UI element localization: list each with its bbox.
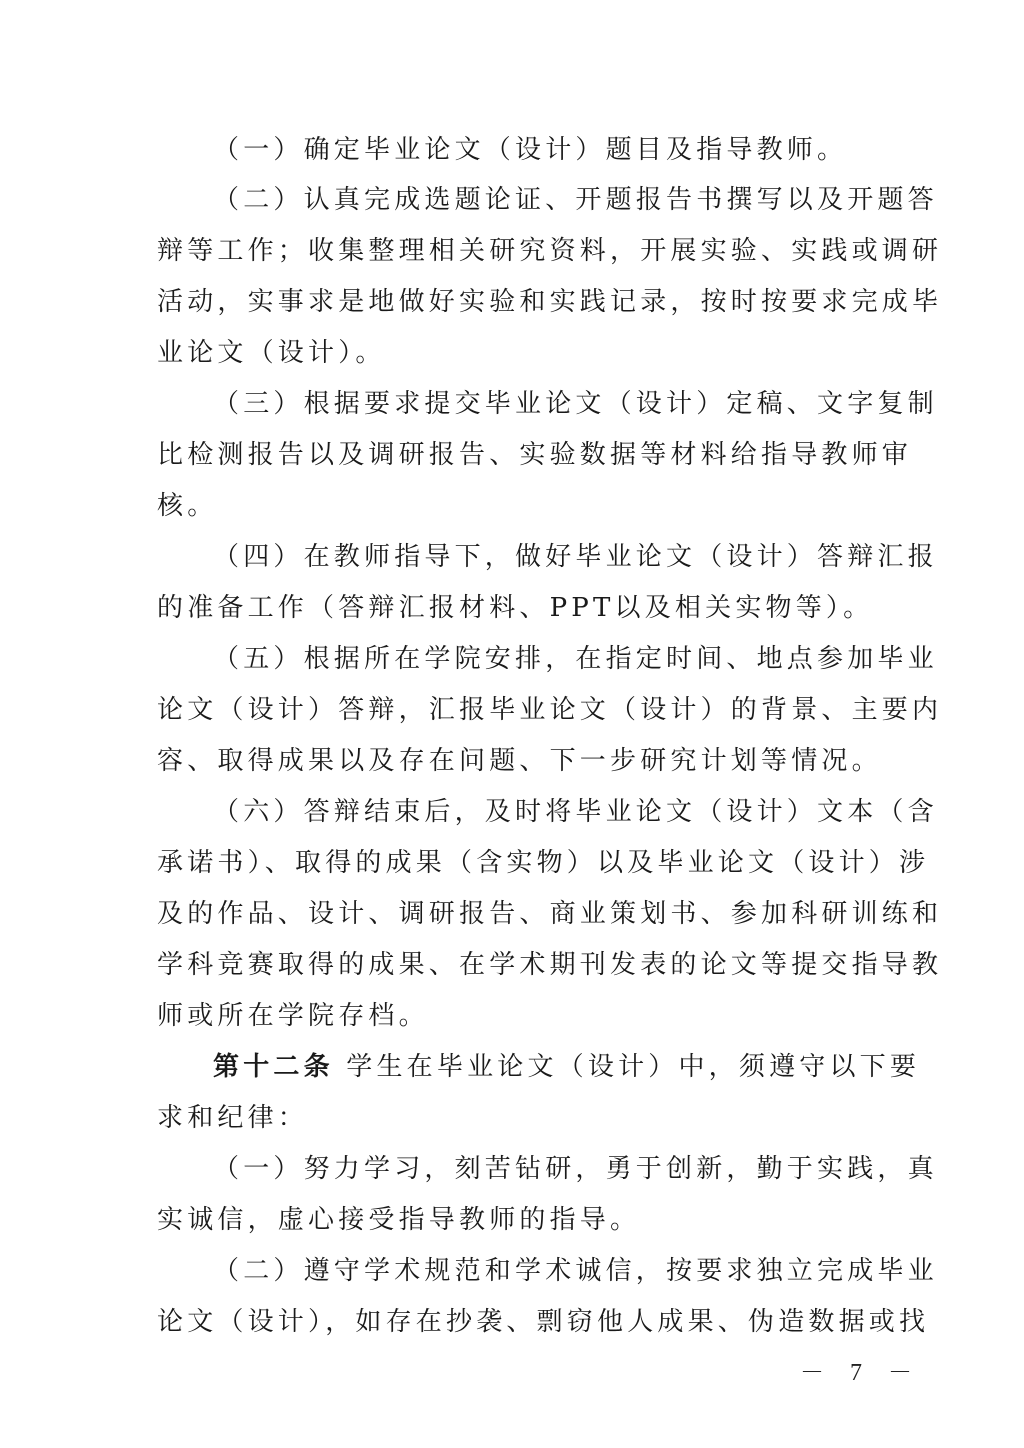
paragraph-line: 辩等工作；收集整理相关研究资料，开展实验、实践或调研	[157, 231, 869, 271]
page-number: － 7 －	[800, 1352, 922, 1387]
paragraph-line: 论文（设计）答辩，汇报毕业论文（设计）的背景、主要内	[157, 690, 869, 730]
article-heading: 第十二条	[213, 1052, 334, 1082]
paragraph-line: （五）根据所在学院安排，在指定时间、地点参加毕业	[157, 639, 925, 679]
paragraph-line: 核。	[157, 486, 869, 526]
paragraph-line: （一）努力学习，刻苦钻研，勇于创新，勤于实践，真	[157, 1149, 925, 1189]
paragraph-line: （二）遵守学术规范和学术诚信，按要求独立完成毕业	[157, 1251, 925, 1291]
paragraph-line: （三）根据要求提交毕业论文（设计）定稿、文字复制	[157, 384, 925, 424]
paragraph-line: 求和纪律：	[157, 1098, 869, 1138]
paragraph-line: 实诚信，虚心接受指导教师的指导。	[157, 1200, 869, 1240]
paragraph-line: （二）认真完成选题论证、开题报告书撰写以及开题答	[157, 180, 925, 220]
paragraph-line: 师或所在学院存档。	[157, 996, 869, 1036]
paragraph-line: 业论文（设计）。	[157, 333, 869, 373]
article-text: 学生在毕业论文（设计）中，须遵守以下要	[334, 1052, 920, 1082]
paragraph-line: 承诺书）、取得的成果（含实物）以及毕业论文（设计）涉	[157, 843, 869, 883]
paragraph-line: 学科竞赛取得的成果、在学术期刊发表的论文等提交指导教	[157, 945, 869, 985]
paragraph-line: 的准备工作（答辩汇报材料、PPT以及相关实物等）。	[157, 588, 869, 628]
article-line: 第十二条 学生在毕业论文（设计）中，须遵守以下要	[157, 1047, 925, 1087]
paragraph-line: 论文（设计），如存在抄袭、剽窃他人成果、伪造数据或找	[157, 1302, 869, 1342]
paragraph-line: （六）答辩结束后，及时将毕业论文（设计）文本（含	[157, 792, 925, 832]
paragraph-line: （四）在教师指导下，做好毕业论文（设计）答辩汇报	[157, 537, 925, 577]
paragraph-line: 比检测报告以及调研报告、实验数据等材料给指导教师审	[157, 435, 869, 475]
paragraph-line: 容、取得成果以及存在问题、下一步研究计划等情况。	[157, 741, 869, 781]
paragraph-line: （一）确定毕业论文（设计）题目及指导教师。	[157, 130, 925, 170]
paragraph-line: 及的作品、设计、调研报告、商业策划书、参加科研训练和	[157, 894, 869, 934]
paragraph-line: 活动，实事求是地做好实验和实践记录，按时按要求完成毕	[157, 282, 869, 322]
